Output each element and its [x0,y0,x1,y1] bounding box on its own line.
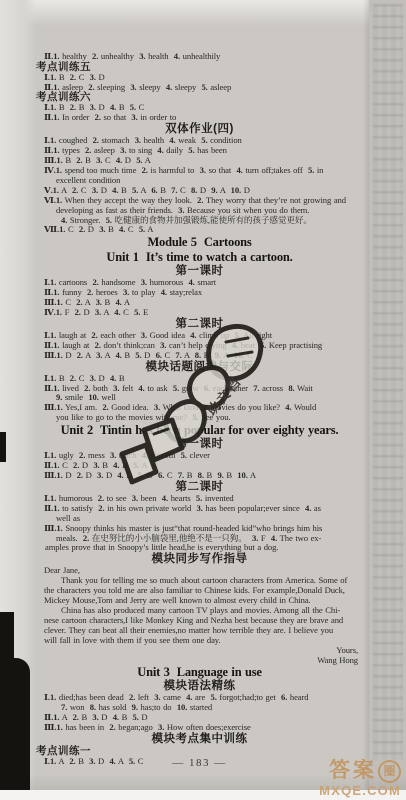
answer-line: Ⅲ.1. has been in 2. began;ago 3. How oft… [36,723,363,733]
adjacent-page-ghost-text [369,0,406,800]
section-title: 模块同步写作指导 [36,553,363,566]
watermark-badge-char: 圈 [383,764,395,778]
letter-line: will fall in love with them if you see t… [36,636,363,646]
answer-line-continuation: developing as fast as their friends. 3. … [36,206,363,216]
answer-site-watermark: 答案圈 MXQE.COM [319,760,401,798]
answer-line: Ⅶ.1. C 2. D 3. B 4. C 5. A [36,225,363,235]
answer-line: Ⅳ.1. F 2. D 3. A 4. C 5. E [36,308,363,318]
letter-signature-line: Wang Hong [36,656,363,666]
scan-edge-artifact [0,658,30,800]
scan-edge-artifact [0,432,6,462]
subsection-title: 考点训练五 [36,62,363,73]
unit-title: Module 5 Cartoons [36,235,363,250]
scanned-answer-page: Ⅱ.1. healthy 2. unhealthy 3. health 4. u… [0,0,406,800]
ink-stamp: 助文档 [110,318,285,488]
page-number: — 183 — [36,757,363,769]
watermark-site-text: MXQE.COM [319,784,401,798]
unit-title: Unit 3 Language in use [36,665,363,680]
answer-line-continuation: amples prove that in Snoopy’s little hea… [36,543,363,553]
answer-line: Ⅱ.1. In order 2. so that 3. in order to [36,113,363,123]
letter-signature-line: Yours, [36,646,363,656]
unit-title: Unit 1 It’s time to watch a cartoon. [36,250,363,265]
watermark-brand-text: 答案 [329,759,377,782]
watermark-badge-icon: 圈 [378,760,401,783]
answer-line: Ⅱ.1. to satisfy 2. in his own private wo… [36,504,363,514]
watermark-logo: 答案圈 [319,760,401,784]
